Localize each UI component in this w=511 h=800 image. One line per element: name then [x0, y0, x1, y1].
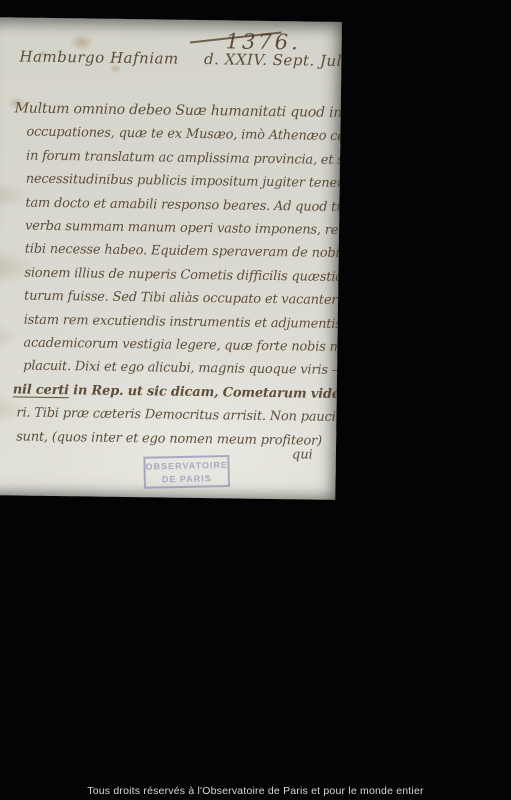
- letter-body: Multum omnino debeo Suæ humanitati quod …: [10, 97, 335, 453]
- stamp-line2: DE PARIS: [146, 472, 228, 487]
- stamp-line1: OBSERVATOIRE: [145, 459, 227, 474]
- observatoire-stamp: OBSERVATOIRE DE PARIS: [143, 455, 230, 489]
- manuscript-line: sunt, (quos inter et ego nomen meum prof…: [16, 425, 330, 453]
- underlined-phrase: nil certi: [13, 382, 69, 398]
- letter-heading: Hamburgo Hafniam d. XXIV. Sept. Jul. CIƆ…: [19, 47, 342, 71]
- manuscript-scan: 1376. Hamburgo Hafniam d. XXIV. Sept. Ju…: [0, 0, 511, 800]
- letter-place: Hamburgo Hafniam: [19, 47, 179, 67]
- catchword: qui: [292, 447, 313, 462]
- scan-viewer: { "colors": { "background": "#040404", "…: [0, 0, 511, 800]
- manuscript-page: 1376. Hamburgo Hafniam d. XXIV. Sept. Ju…: [0, 17, 342, 500]
- letter-date: d. XXIV. Sept. Jul. CIƆDCLXVII.: [204, 50, 342, 72]
- copyright-notice: Tous droits réservés à l'Observatoire de…: [0, 785, 511, 797]
